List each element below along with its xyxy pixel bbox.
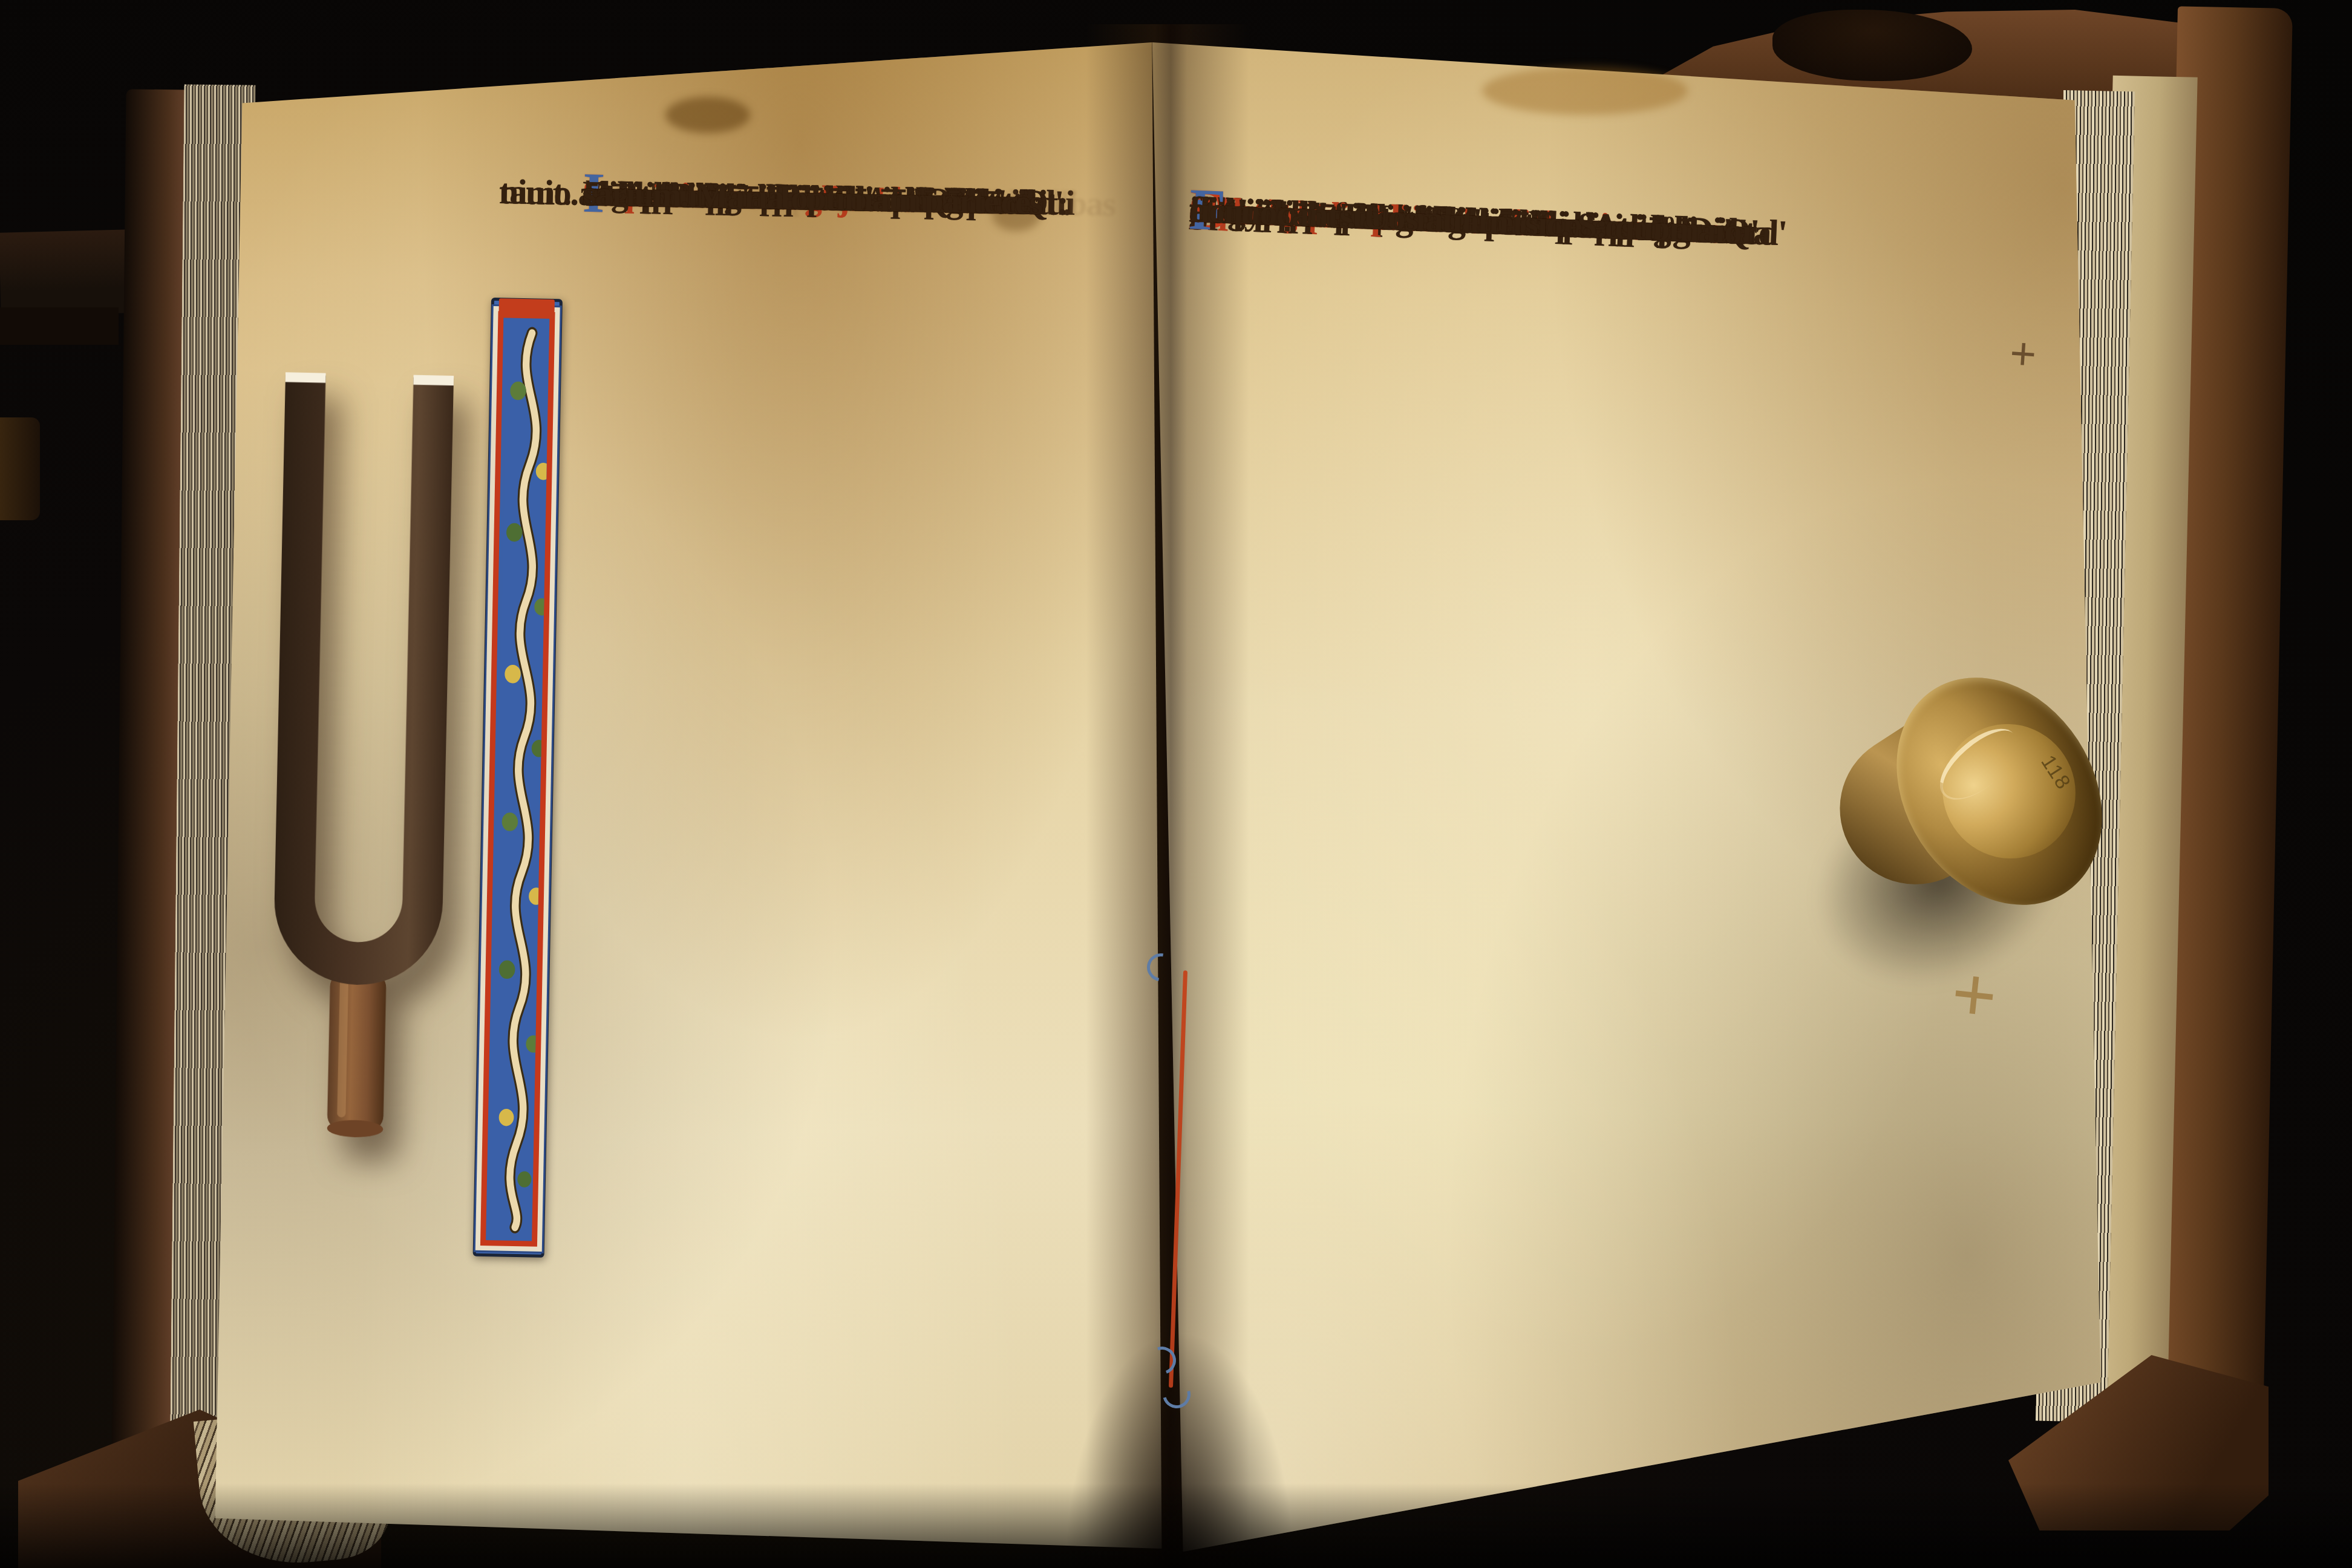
- fork-stem: [327, 971, 387, 1132]
- fork-prongs: [273, 374, 454, 986]
- bar-blue-field: [486, 316, 549, 1241]
- margin-cross-mark: +: [2008, 326, 2039, 382]
- bar-red-cap: [498, 298, 555, 319]
- vine-scroll-ornament: [486, 316, 549, 1241]
- text-segment: sarium. Maria optimam partē: [582, 164, 999, 231]
- text-line: sarium. Maria optimam partē: [498, 162, 583, 223]
- leather-strap-shadow: [0, 307, 119, 345]
- leather-tab: [0, 417, 40, 520]
- leather-strap: [0, 229, 133, 316]
- fork-tip-glint: [413, 375, 454, 386]
- manuscript-photo: tauit. ae ubera que suxisti. At ille dix…: [0, 0, 2352, 1568]
- floor-shadow: [0, 1483, 2352, 1568]
- fork-tip-glint: [286, 372, 326, 383]
- tuning-fork: [251, 360, 473, 1145]
- parchment-stain: [1482, 67, 1688, 115]
- parchment-stain: [665, 97, 750, 133]
